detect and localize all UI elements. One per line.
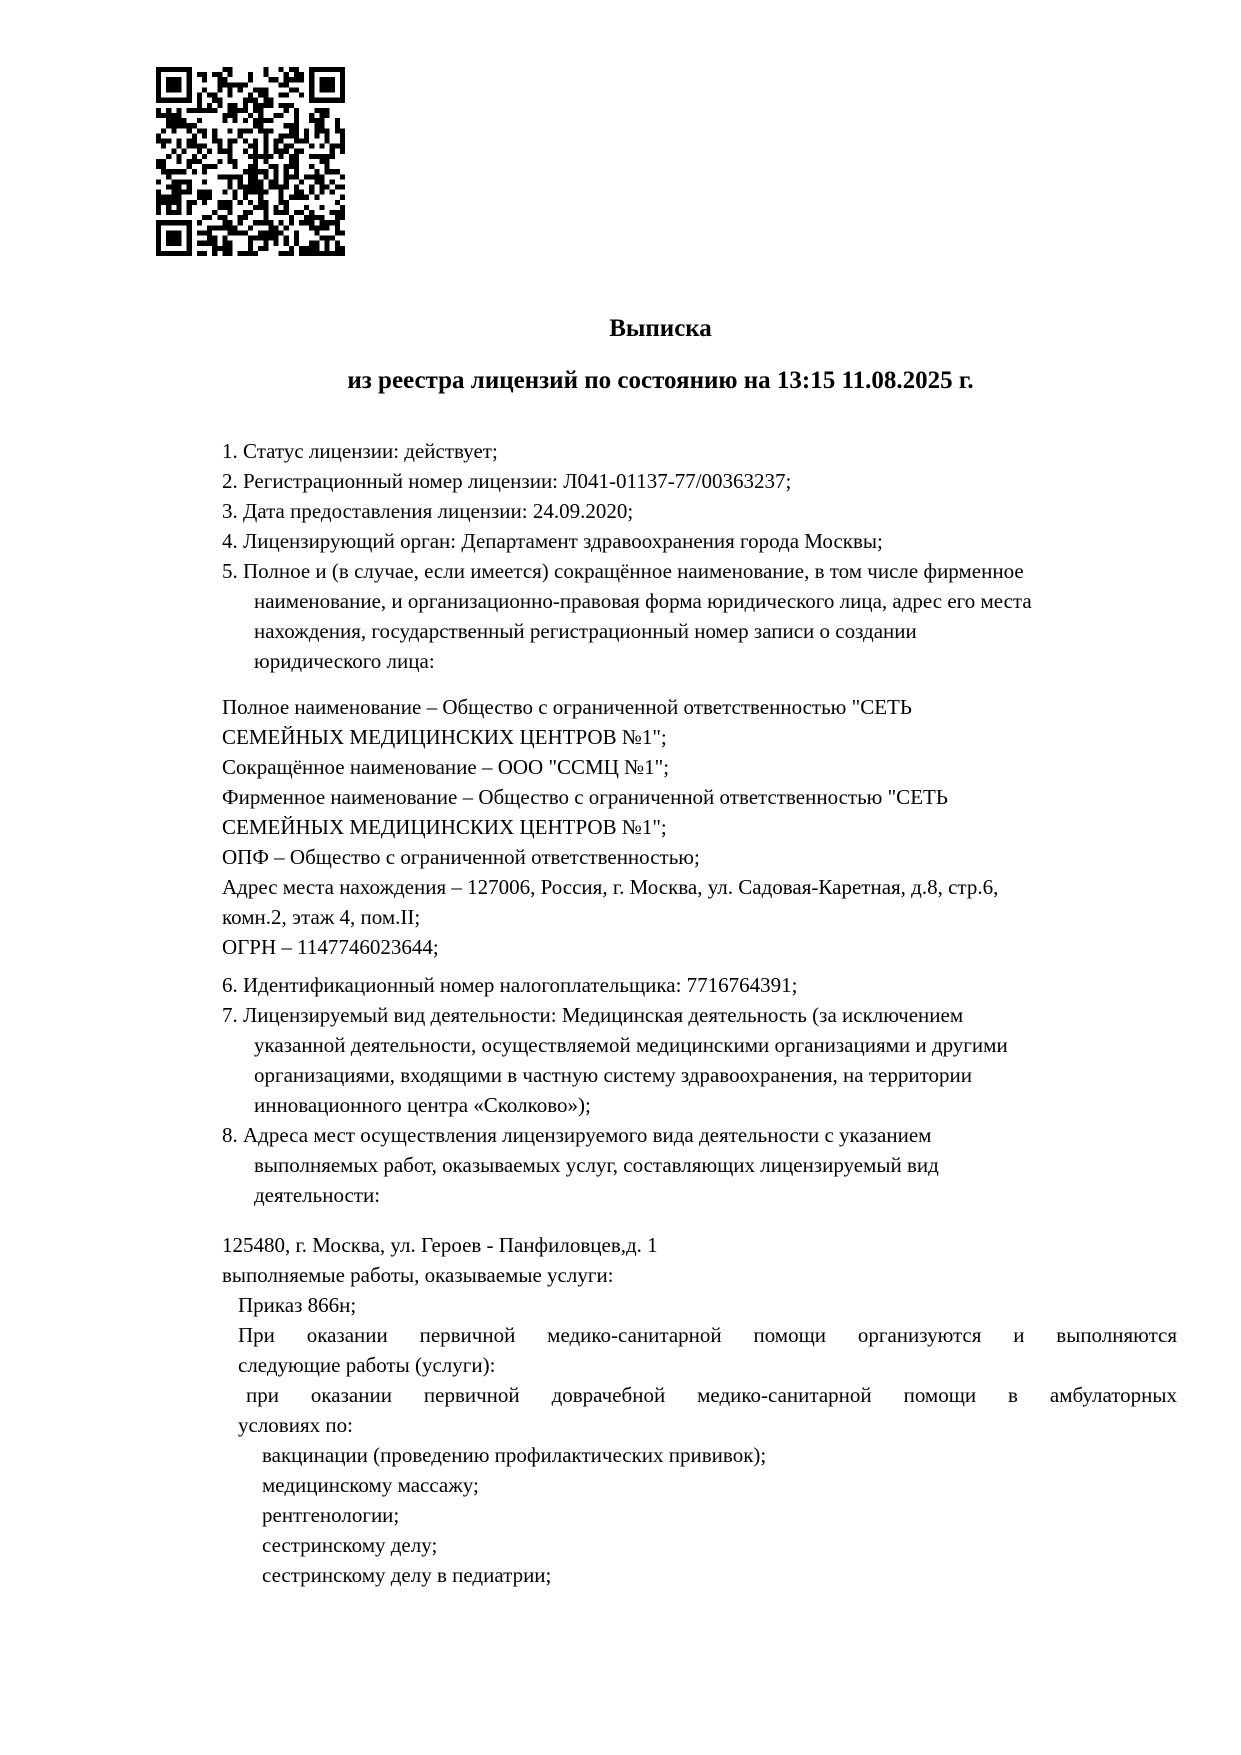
order-ref: Приказ 866н; <box>222 1290 1177 1320</box>
qr-code <box>156 67 345 256</box>
document-title: Выписка <box>40 314 1241 344</box>
activity-details: 6. Идентификационный номер налогоплатель… <box>222 970 1182 1210</box>
license-status: 1. Статус лицензии: действует; <box>222 436 1182 466</box>
prehospital-line2: условиях по: <box>222 1410 1177 1440</box>
license-number: 2. Регистрационный номер лицензии: Л041-… <box>222 466 1182 496</box>
address-line1: Адрес места нахождения – 127006, Россия,… <box>222 872 1182 902</box>
item5-line3: нахождения, государственный регистрацион… <box>222 616 1182 646</box>
primary-care-line1: При оказании первичной медико-санитарной… <box>222 1320 1177 1350</box>
service-item: вакцинации (проведению профилактических … <box>222 1440 1177 1470</box>
item5-line1: 5. Полное и (в случае, если имеется) сок… <box>222 556 1182 586</box>
primary-care-line2: следующие работы (услуги): <box>222 1350 1177 1380</box>
service-item: сестринскому делу; <box>222 1530 1177 1560</box>
license-date: 3. Дата предоставления лицензии: 24.09.2… <box>222 496 1182 526</box>
service-item: рентгенологии; <box>222 1500 1177 1530</box>
license-details: 1. Статус лицензии: действует; 2. Регист… <box>222 436 1182 676</box>
item8-line1: 8. Адреса мест осуществления лицензируем… <box>222 1120 1182 1150</box>
full-name-line1: Полное наименование – Общество с огранич… <box>222 692 1182 722</box>
organization-details: Полное наименование – Общество с огранич… <box>222 692 1182 962</box>
item5-line2: наименование, и организационно-правовая … <box>222 586 1182 616</box>
full-name-line2: СЕМЕЙНЫХ МЕДИЦИНСКИХ ЦЕНТРОВ №1"; <box>222 722 1182 752</box>
document-subtitle: из реестра лицензий по состоянию на 13:1… <box>40 366 1241 396</box>
item7-line4: инновационного центра «Сколково»); <box>222 1090 1182 1120</box>
site-details: 125480, г. Москва, ул. Героев - Панфилов… <box>222 1230 1177 1590</box>
item8-line3: деятельности: <box>222 1180 1182 1210</box>
service-item: медицинскому массажу; <box>222 1470 1177 1500</box>
brand-name-line1: Фирменное наименование – Общество с огра… <box>222 782 1182 812</box>
opf: ОПФ – Общество с ограниченной ответствен… <box>222 842 1182 872</box>
address-line2: комн.2, этаж 4, пом.II; <box>222 902 1182 932</box>
short-name: Сокращённое наименование – ООО "ССМЦ №1"… <box>222 752 1182 782</box>
item7-line1: 7. Лицензируемый вид деятельности: Медиц… <box>222 1000 1182 1030</box>
licensing-authority: 4. Лицензирующий орган: Департамент здра… <box>222 526 1182 556</box>
site-address: 125480, г. Москва, ул. Героев - Панфилов… <box>222 1230 1177 1260</box>
inn: 6. Идентификационный номер налогоплатель… <box>222 970 1182 1000</box>
service-item: сестринскому делу в педиатрии; <box>222 1560 1177 1590</box>
item8-line2: выполняемых работ, оказываемых услуг, со… <box>222 1150 1182 1180</box>
item7-line3: организациями, входящими в частную систе… <box>222 1060 1182 1090</box>
prehospital-line1: при оказании первичной доврачебной медик… <box>222 1380 1177 1410</box>
ogrn: ОГРН – 1147746023644; <box>222 932 1182 962</box>
works-label: выполняемые работы, оказываемые услуги: <box>222 1260 1177 1290</box>
item5-line4: юридического лица: <box>222 646 1182 676</box>
item7-line2: указанной деятельности, осуществляемой м… <box>222 1030 1182 1060</box>
brand-name-line2: СЕМЕЙНЫХ МЕДИЦИНСКИХ ЦЕНТРОВ №1"; <box>222 812 1182 842</box>
